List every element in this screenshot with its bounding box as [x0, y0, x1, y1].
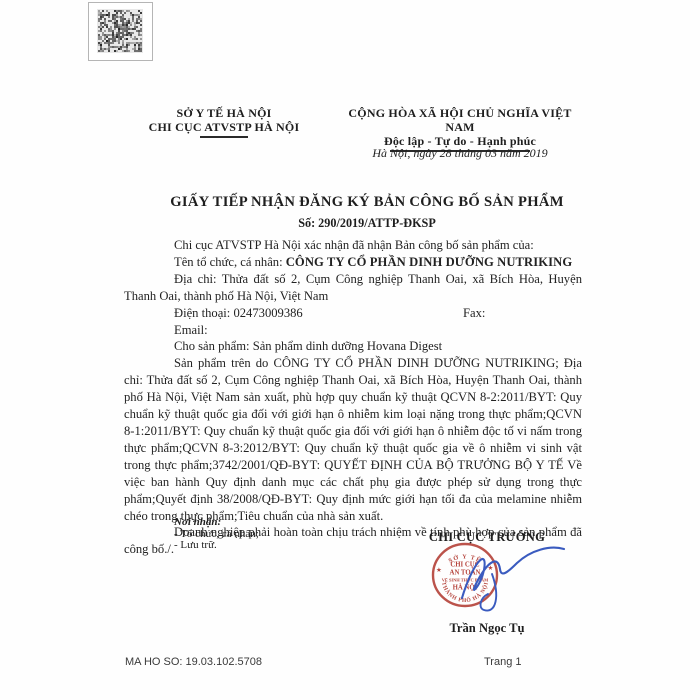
qr-code-icon [97, 9, 143, 53]
phone-fax-line: Điện thoại: 02473009386Fax: [124, 305, 582, 322]
signature-stroke [462, 548, 564, 598]
date-line: Hà Nội, ngày 28 tháng 03 năm 2019 [348, 146, 572, 161]
recipient-item: - Lưu trữ. [174, 540, 259, 552]
signature-icon [440, 516, 575, 621]
organization-name: CÔNG TY CỔ PHẦN DINH DƯỠNG NUTRIKING [286, 255, 573, 269]
main-paragraph: Sản phẩm trên do CÔNG TY CỔ PHẦN DINH DƯ… [124, 355, 582, 524]
authority-line1: SỞ Y TẾ HÀ NỘI [128, 106, 320, 120]
product-line: Cho sản phẩm: Sản phẩm dinh dưỡng Hovana… [124, 338, 582, 355]
authority-line2: CHI CỤC ATVSTP HÀ NỘI [128, 120, 320, 134]
organization-label: Tên tổ chức, cá nhân: [174, 255, 286, 269]
address-line: Địa chỉ: Thửa đất số 2, Cụm Công nghiệp … [124, 271, 582, 305]
document-title-block: GIẤY TIẾP NHẬN ĐĂNG KÝ BẢN CÔNG BỐ SẢN P… [134, 194, 600, 231]
organization-line: Tên tổ chức, cá nhân: CÔNG TY CỔ PHẦN DI… [124, 254, 582, 271]
issuing-authority-header: SỞ Y TẾ HÀ NỘI CHI CỤC ATVSTP HÀ NỘI [128, 106, 320, 138]
recipients-title: Nơi nhận: [174, 517, 259, 529]
document-page: SỞ Y TẾ HÀ NỘI CHI CỤC ATVSTP HÀ NỘI CỘN… [0, 0, 700, 700]
fax-label: Fax: [413, 305, 485, 322]
qr-code-frame [88, 2, 153, 61]
document-title: GIẤY TIẾP NHẬN ĐĂNG KÝ BẢN CÔNG BỐ SẢN P… [134, 194, 600, 211]
authority-underline [200, 136, 248, 138]
document-code: MA HO SO: 19.03.102.5708 [125, 656, 262, 668]
intro-line: Chi cục ATVSTP Hà Nội xác nhận đã nhận B… [124, 237, 582, 254]
document-body: Chi cục ATVSTP Hà Nội xác nhận đã nhận B… [124, 237, 582, 558]
document-number: Số: 290/2019/ATTP-ĐKSP [134, 216, 600, 231]
phone-value: Điện thoại: 02473009386 [174, 306, 303, 320]
signature-stroke [481, 574, 497, 611]
page-number: Trang 1 [484, 656, 522, 668]
signer-name: Trần Ngọc Tụ [398, 621, 576, 636]
national-motto-header: CỘNG HÒA XÃ HỘI CHỦ NGHĨA VIỆT NAM Độc l… [348, 106, 572, 152]
email-line: Email: [124, 322, 582, 339]
recipients-block: Nơi nhận: - Tổ chức, cá nhân; - Lưu trữ. [174, 517, 259, 552]
country-name: CỘNG HÒA XÃ HỘI CHỦ NGHĨA VIỆT NAM [348, 106, 572, 134]
